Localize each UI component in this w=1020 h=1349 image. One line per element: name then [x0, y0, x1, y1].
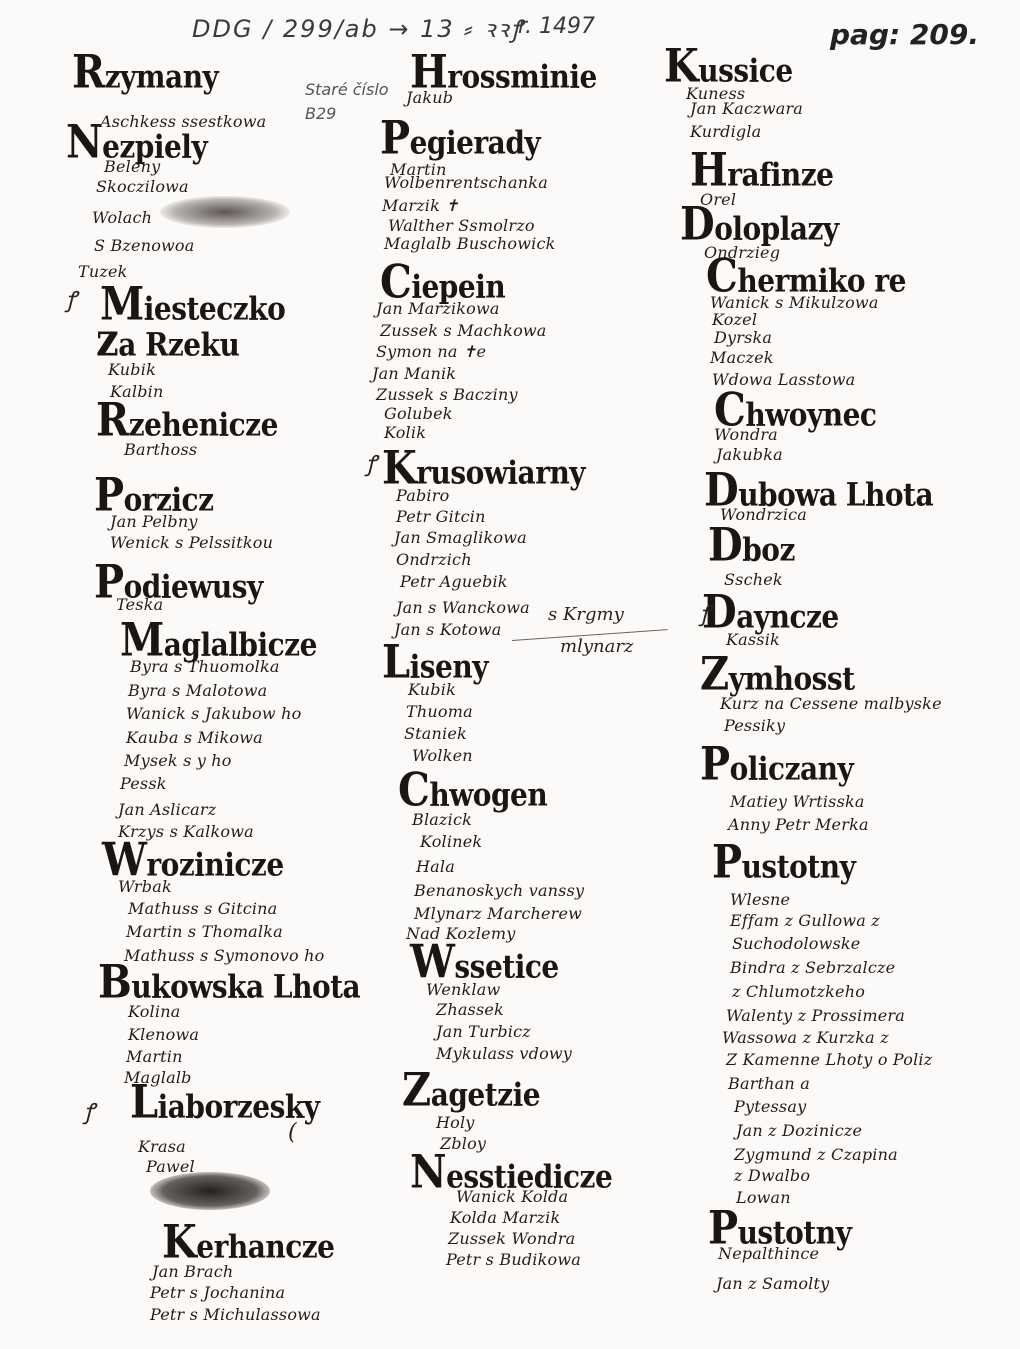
tenant-name: Jan z Dozinicze [736, 1121, 862, 1140]
tenant-name: Matiey Wrtisska [730, 792, 865, 811]
tenant-name: Wondra [714, 425, 778, 444]
village-heading: Pegierady [380, 111, 540, 165]
tenant-name: z Dwalbo [734, 1166, 810, 1185]
tenant-name: Kubik [108, 360, 156, 379]
tenant-name: Hala [416, 857, 455, 876]
tenant-name: Suchodolowske [732, 934, 860, 953]
tenant-name: Kolik [384, 423, 426, 442]
tenant-name: Wenick s Pelssitkou [110, 533, 273, 552]
tenant-name: Marzik ✝ [382, 196, 459, 215]
tenant-name: Maglalb Buschowick [384, 234, 556, 253]
village-heading: Zagetzie [402, 1063, 540, 1117]
tenant-name: Zussek s Machkowa [380, 321, 547, 340]
tenant-name: Walenty z Prossimera [726, 1006, 905, 1025]
margin-mark: ꝭ [366, 448, 376, 478]
old-number-note: Staré číslo B29 [305, 78, 389, 126]
tenant-name: Jan s Wanckowa [396, 598, 530, 617]
tenant-name: Symon na ✝e [376, 342, 486, 361]
tenant-name: Pessk [120, 774, 167, 793]
tenant-name: Pessiky [724, 716, 785, 735]
tenant-name: Nepalthince [718, 1244, 819, 1263]
tenant-name: Mykulass vdowy [436, 1044, 572, 1063]
tenant-name: Thuoma [406, 702, 473, 721]
tenant-name: Skoczilowa [96, 177, 189, 196]
tenant-name: Beleny [104, 157, 160, 176]
tenant-name: Pytessay [734, 1097, 806, 1116]
tenant-name: Bindra z Sebrzalcze [730, 958, 895, 977]
tenant-name: Teska [116, 595, 163, 614]
tenant-name: Kolina [128, 1002, 180, 1021]
tenant-name: Dyrska [714, 328, 772, 347]
ink-smudge [160, 196, 290, 228]
tenant-name: Martin s Thomalka [126, 922, 283, 941]
village-heading: Dboz [708, 518, 795, 572]
tenant-name: Kubik [408, 680, 456, 699]
village-heading: Hrafinze [690, 143, 833, 197]
year-annotation: r. 1497 [518, 14, 595, 39]
tenant-name: Petr s Budikowa [446, 1250, 581, 1269]
tenant-name: S Bzenowoa [94, 236, 195, 255]
village-heading: Zymhosst [700, 647, 855, 701]
archive-reference: DDG / 299/ab → 13 ⸗ ꝛꝛꝭ [192, 12, 524, 45]
tenant-name: Martin [126, 1047, 183, 1066]
tenant-name: Byra s Thuomolka [130, 657, 280, 676]
tenant-name: Holy [436, 1113, 475, 1132]
tenant-name: Zygmund z Czapina [734, 1145, 898, 1164]
tenant-name: Wlesne [730, 890, 790, 909]
tenant-name: Wolach [92, 208, 152, 227]
tenant-name: Wrbak [118, 877, 172, 896]
village-heading: Chwogen [398, 763, 547, 817]
tenant-name: Kolinek [420, 832, 482, 851]
village-heading: Kerhancze [162, 1215, 334, 1269]
tenant-name: Jan Brach [152, 1262, 233, 1281]
tenant-name: Jan z Samolty [716, 1274, 829, 1293]
tenant-name: z Chlumotzkeho [732, 982, 865, 1001]
village-heading: Rzymany [72, 45, 218, 99]
tenant-name: Jakubka [716, 445, 783, 464]
tenant-name: Zussek s Bacziny [376, 385, 518, 404]
margin-mark: ( [288, 1120, 297, 1145]
tenant-name: Anny Petr Merka [728, 815, 869, 834]
village-heading: Rzehenicze [96, 393, 278, 447]
manuscript-page: DDG / 299/ab → 13 ⸗ ꝛꝛꝭ r. 1497 pag: 209… [0, 0, 1020, 1349]
village-heading: Pustotny [712, 835, 855, 889]
tenant-name: Kolda Marzik [450, 1208, 560, 1227]
tenant-name: Blazick [412, 810, 472, 829]
side-note: mlynarz [560, 636, 633, 657]
old-number-value: B29 [305, 102, 389, 126]
tenant-name: Barthoss [124, 440, 197, 459]
tenant-name: Zhassek [436, 1000, 504, 1019]
tenant-name: Wolbenrentschanka [384, 173, 548, 192]
tenant-name: Z Kamenne Lhoty o Poliz [726, 1050, 932, 1069]
tenant-name: Jan Pelbny [110, 512, 198, 531]
tenant-name: Jan Turbicz [436, 1022, 531, 1041]
tenant-name: Klenowa [128, 1025, 199, 1044]
tenant-name: Petr Aguebik [400, 572, 508, 591]
tenant-name: Jan Marzikowa [376, 299, 500, 318]
tenant-name: Mysek s y ho [124, 751, 232, 770]
tenant-name: Benanoskych vanssy [414, 881, 584, 900]
tenant-name: Petr Gitcin [396, 507, 486, 526]
tenant-name: Effam z Gullowa z [730, 911, 880, 930]
tenant-name: Kauba s Mikowa [126, 728, 263, 747]
tenant-name: Wenklaw [426, 980, 500, 999]
side-note: s Krgmy [548, 604, 624, 625]
tenant-name: Walther Ssmolrzo [388, 216, 535, 235]
tenant-name: Pawel [146, 1157, 195, 1176]
tenant-name: Jan Manik [372, 364, 456, 383]
tenant-name: Jan Kaczwara [690, 99, 803, 118]
tenant-name: Wanick s Jakubow ho [126, 704, 301, 723]
margin-mark: ꝭ [700, 598, 710, 628]
village-heading: Bukowska Lhota [98, 955, 360, 1009]
tenant-name: Wassowa z Kurzka z [722, 1028, 889, 1047]
tenant-name: Barthan a [728, 1074, 810, 1093]
tenant-name: Ondrzich [396, 550, 472, 569]
tenant-name: Wanick Kolda [456, 1187, 568, 1206]
tenant-name: Staniek [404, 724, 467, 743]
tenant-name: Krasa [138, 1137, 186, 1156]
tenant-name: Golubek [384, 404, 453, 423]
tenant-name: Jan Aslicarz [118, 800, 216, 819]
tenant-name: Mlynarz Marcherew [414, 904, 582, 923]
tenant-name: Pabiro [396, 486, 449, 505]
tenant-name: Petr s Jochanina [150, 1283, 285, 1302]
old-number-label: Staré číslo [305, 78, 389, 102]
tenant-name: Jakub [406, 88, 453, 107]
tenant-name: Kozel [712, 310, 757, 329]
tenant-name: Jan Smaglikowa [394, 528, 527, 547]
tenant-name: Zussek Wondra [448, 1229, 575, 1248]
tenant-name: Maczek [710, 348, 774, 367]
tenant-name: Byra s Malotowa [128, 681, 267, 700]
village-heading: za Rzeku [96, 313, 239, 367]
margin-mark: ꝭ [66, 284, 76, 314]
margin-mark: ꝭ [84, 1096, 94, 1126]
tenant-name: Petr s Michulassowa [150, 1305, 321, 1324]
village-heading: Policzany [700, 737, 853, 791]
page-number: pag: 209. [830, 18, 979, 51]
ink-blot [150, 1172, 270, 1210]
tenant-name: Mathuss s Gitcina [128, 899, 277, 918]
tenant-name: Kurz na Cessene malbyske [720, 694, 942, 713]
tenant-name: Kurdigla [690, 122, 761, 141]
